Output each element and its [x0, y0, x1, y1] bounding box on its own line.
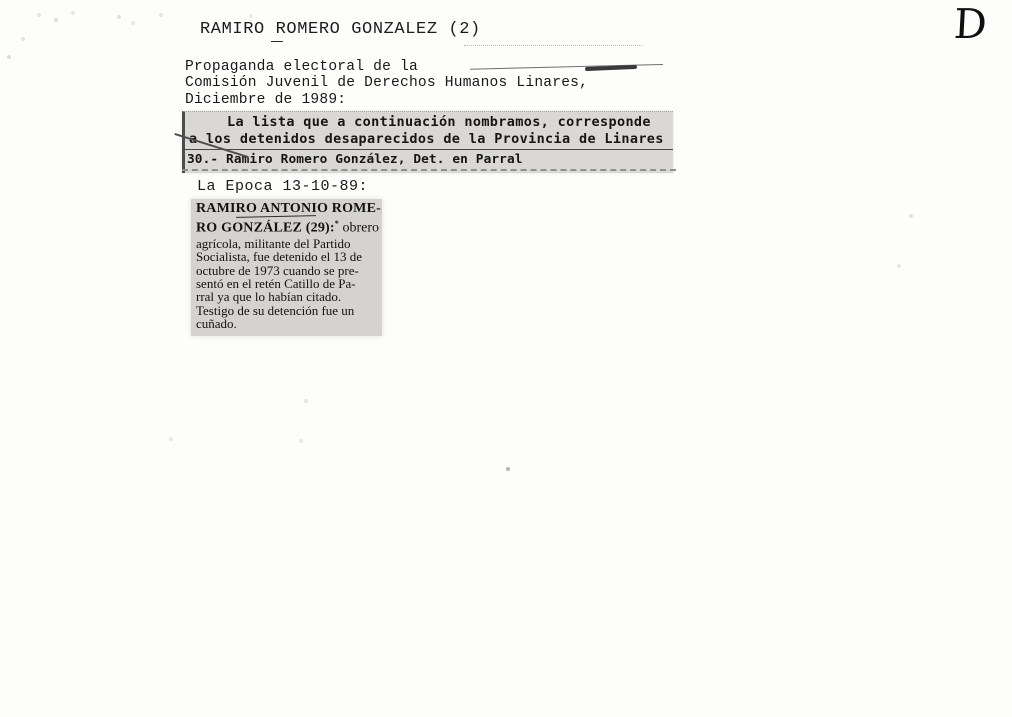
- press-body-line: octubre de 1973 cuando se pre-: [196, 264, 377, 277]
- list-clipping-line-1: La lista que a continuación nombramos, c…: [227, 114, 651, 130]
- press-clipping: RAMIRO ANTONIO ROME- RO GONZÁLEZ (29):* …: [191, 199, 382, 336]
- list-clipping: La lista que a continuación nombramos, c…: [182, 111, 673, 173]
- scan-noise: [0, 0, 2, 2]
- press-body-line: Testigo de su detención fue un: [196, 304, 377, 317]
- scan-speck: [506, 467, 510, 471]
- list-clipping-line-2: a los detenidos desaparecidos de la Prov…: [189, 131, 664, 147]
- intro-line-2: Comisión Juvenil de Derechos Humanos Lin…: [185, 75, 588, 91]
- press-heading-name-bold: RO GONZÁLEZ: [196, 220, 302, 235]
- press-heading-line-1: RAMIRO ANTONIO ROME-: [196, 202, 377, 217]
- press-body-line: agrícola, militante del Partido: [196, 237, 377, 250]
- list-clipping-bottom-edge: [182, 169, 676, 171]
- title-trailing-dotted-line: [464, 45, 642, 46]
- intro-line-3: Diciembre de 1989:: [185, 92, 588, 108]
- press-heading-age: (29):: [302, 220, 335, 235]
- title-letter-underline-mark: [271, 41, 283, 42]
- page-title: RAMIRO ROMERO GONZALEZ (2): [200, 20, 481, 39]
- press-body-line: cuñado.: [196, 317, 377, 330]
- press-source-line: La Epoca 13-10-89:: [197, 178, 368, 195]
- press-heading-line-2: RO GONZÁLEZ (29):* obrero: [196, 217, 377, 236]
- scanned-archive-page: RAMIRO ROMERO GONZALEZ (2) D Propaganda …: [0, 0, 1012, 717]
- press-body: agrícola, militante del Partido Socialis…: [196, 237, 377, 331]
- press-heading-rest: obrero: [339, 220, 379, 235]
- press-body-line: rral ya que lo habían citado.: [196, 290, 377, 303]
- press-body-line: sentó en el retén Catillo de Pa-: [196, 277, 377, 290]
- list-clipping-divider: [182, 149, 673, 150]
- press-body-line: Socialista, fue detenido el 13 de: [196, 250, 377, 263]
- handwritten-corner-mark: D: [953, 4, 988, 45]
